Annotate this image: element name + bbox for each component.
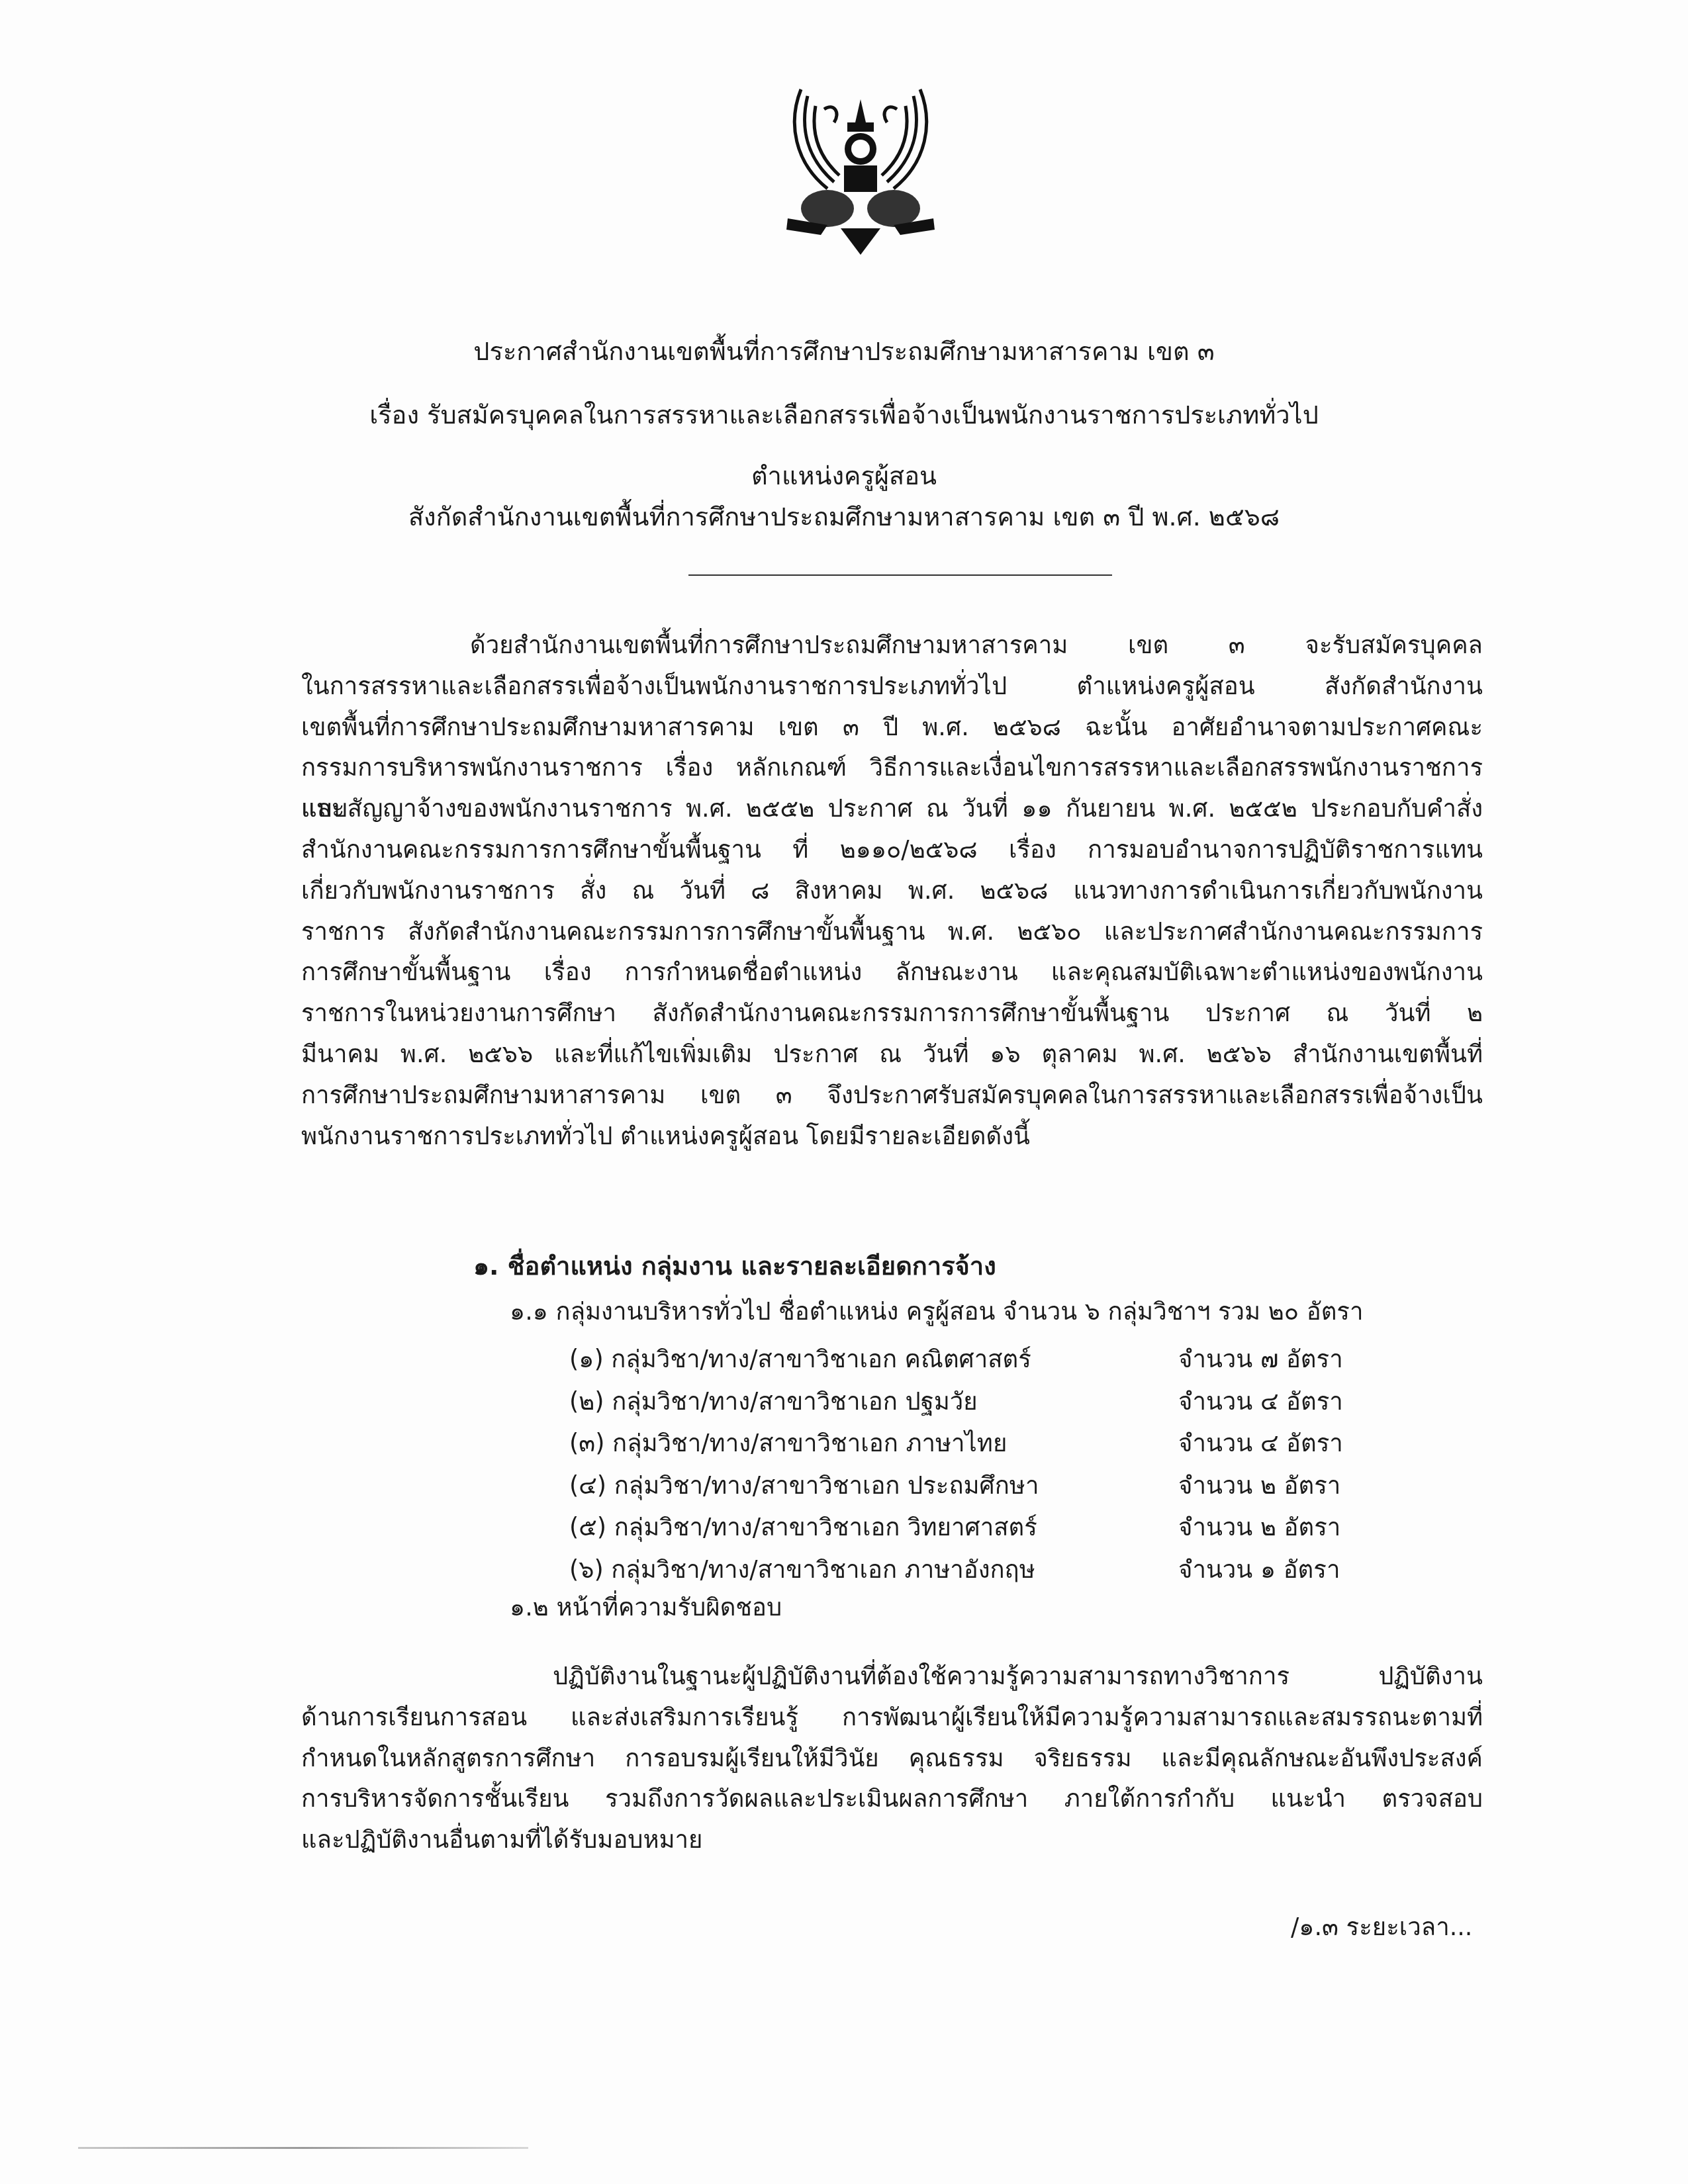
position-name: (๔) กลุ่มวิชา/ทาง/สาขาวิชาเอก ประถมศึกษา bbox=[569, 1465, 1039, 1507]
intro-line: กรรมการบริหารพนักงานราชการ เรื่อง หลักเก… bbox=[301, 747, 1483, 788]
page-continuation-note: /๑.๓ ระยะเวลา... bbox=[1291, 1908, 1472, 1946]
section-1-heading: ๑. ชื่อตำแหน่ง กลุ่มงาน และรายละเอียดการ… bbox=[473, 1246, 996, 1286]
position-count: จำนวน ๒ อัตรา bbox=[1178, 1506, 1340, 1549]
duties-line: ปฏิบัติงานในฐานะผู้ปฏิบัติงานที่ต้องใช้ค… bbox=[301, 1656, 1483, 1697]
intro-line: เขตพื้นที่การศึกษาประถมศึกษามหาสารคาม เข… bbox=[301, 707, 1483, 748]
duties-line: ด้านการเรียนการสอน และส่งเสริมการเรียนรู… bbox=[301, 1697, 1483, 1738]
intro-line: สำนักงานคณะกรรมการการศึกษาขั้นพื้นฐาน ที… bbox=[301, 829, 1483, 870]
duties-line: และปฏิบัติงานอื่นตามที่ได้รับมอบหมาย bbox=[301, 1819, 1483, 1860]
intro-line: การศึกษาประถมศึกษามหาสารคาม เขต ๓ จึงประ… bbox=[301, 1075, 1483, 1116]
position-count: จำนวน ๑ อัตรา bbox=[1178, 1549, 1340, 1591]
announcement-title: ประกาศสำนักงานเขตพื้นที่การศึกษาประถมศึก… bbox=[0, 339, 1688, 364]
duties-line: กำหนดในหลักสูตรการศึกษา การอบรมผู้เรียนใ… bbox=[301, 1738, 1483, 1779]
intro-line: เกี่ยวกับพนักงานราชการ สั่ง ณ วันที่ ๘ ส… bbox=[301, 870, 1483, 911]
position-name: (๒) กลุ่มวิชา/ทาง/สาขาวิชาเอก ปฐมวัย bbox=[569, 1381, 978, 1423]
duties-paragraph: ปฏิบัติงานในฐานะผู้ปฏิบัติงานที่ต้องใช้ค… bbox=[301, 1656, 1483, 1860]
position-count: จำนวน ๔ อัตรา bbox=[1178, 1422, 1343, 1465]
position-name: (๑) กลุ่มวิชา/ทาง/สาขาวิชาเอก คณิตศาสตร์ bbox=[569, 1338, 1031, 1381]
intro-line: ในการสรรหาและเลือกสรรเพื่อจ้างเป็นพนักงา… bbox=[301, 666, 1483, 707]
intro-line: ราชการ สังกัดสำนักงานคณะกรรมการการศึกษาข… bbox=[301, 911, 1483, 952]
position-name: (๖) กลุ่มวิชา/ทาง/สาขาวิชาเอก ภาษาอังกฤษ bbox=[569, 1549, 1035, 1591]
position-count: จำนวน ๔ อัตรา bbox=[1178, 1381, 1343, 1423]
position-name: (๓) กลุ่มวิชา/ทาง/สาขาวิชาเอก ภาษาไทย bbox=[569, 1422, 1007, 1465]
header-divider bbox=[688, 574, 1112, 576]
section-1-1-heading: ๑.๑ กลุ่มงานบริหารทั่วไป ชื่อตำแหน่ง ครู… bbox=[510, 1293, 1363, 1331]
announcement-subject: เรื่อง รับสมัครบุคคลในการสรรหาและเลือกสร… bbox=[0, 402, 1688, 428]
position-count: จำนวน ๒ อัตรา bbox=[1178, 1465, 1340, 1507]
intro-line: การศึกษาขั้นพื้นฐาน เรื่อง การกำหนดชื่อต… bbox=[301, 952, 1483, 993]
position-name: (๕) กลุ่มวิชา/ทาง/สาขาวิชาเอก วิทยาศาสตร… bbox=[569, 1506, 1037, 1549]
intro-line: แบบสัญญาจ้างของพนักงานราชการ พ.ศ. ๒๕๕๒ ป… bbox=[301, 788, 1483, 829]
section-1-2-heading: ๑.๒ หน้าที่ความรับผิดชอบ bbox=[510, 1588, 782, 1627]
intro-line: พนักงานราชการประเภททั่วไป ตำแหน่งครูผู้ส… bbox=[301, 1116, 1483, 1157]
announcement-affiliation: สังกัดสำนักงานเขตพื้นที่การศึกษาประถมศึก… bbox=[0, 504, 1688, 529]
garuda-emblem-icon bbox=[781, 83, 940, 255]
intro-paragraph: ด้วยสำนักงานเขตพื้นที่การศึกษาประถมศึกษา… bbox=[301, 625, 1483, 1156]
intro-line: ด้วยสำนักงานเขตพื้นที่การศึกษาประถมศึกษา… bbox=[301, 625, 1483, 666]
intro-line: ราชการในหน่วยงานการศึกษา สังกัดสำนักงานค… bbox=[301, 993, 1483, 1034]
announcement-position: ตำแหน่งครูผู้สอน bbox=[0, 463, 1688, 488]
scan-artifact-line bbox=[78, 2147, 528, 2149]
position-count: จำนวน ๗ อัตรา bbox=[1178, 1338, 1343, 1381]
intro-line: มีนาคม พ.ศ. ๒๕๖๖ และที่แก้ไขเพิ่มเติม ปร… bbox=[301, 1034, 1483, 1075]
duties-line: การบริหารจัดการชั้นเรียน รวมถึงการวัดผลแ… bbox=[301, 1778, 1483, 1819]
